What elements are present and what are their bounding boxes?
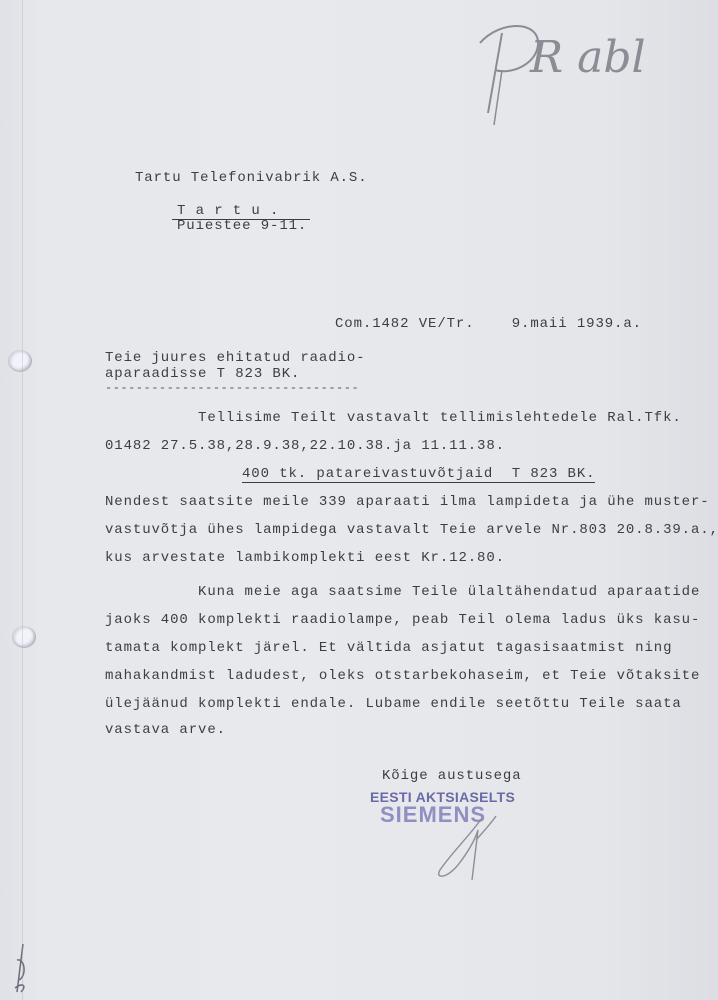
subject-line-2: aparaadisse T 823 BK. [105,366,300,382]
recipient-company: Tartu Telefonivabrik A.S. [135,170,368,186]
document-page: R abl Tartu Telefonivabrik A.S. T a r t … [0,0,718,1000]
subject-rule: --------------------------------- [105,381,359,395]
handwritten-note: R abl [530,32,646,83]
reference-date-line: Com.1482 VE/Tr. 9.maii 1939.a. [335,316,642,332]
body-line: vastuvõtja ühes lampidega vastavalt Teie… [105,522,718,538]
body-line: Tellisime Teilt vastavalt tellimislehted… [105,410,682,426]
body-line: tamata komplekt järel. Et vältida asjatu… [105,640,672,656]
body-line: mahakandmist ladudest, oleks otstarbekoh… [105,668,700,684]
subject-line-1: Teie juures ehitatud raadio- [105,350,365,366]
recipient-city: T a r t u . [177,203,279,219]
body-line: Nendest saatsite meile 339 aparaati ilma… [105,494,710,510]
signature-icon [430,810,510,885]
body-line: ülejäänud komplekti endale. Lubame endil… [105,696,682,712]
body-line-order-quantity: 400 tk. patareivastuvõtjaid T 823 BK. [242,466,595,483]
body-line: jaoks 400 komplekti raadiolampe, peab Te… [105,612,700,628]
closing-salutation: Kõige austusega [382,768,522,784]
punch-hole [8,350,32,372]
body-line: Kuna meie aga saatsime Teile ülaltähenda… [105,584,700,600]
body-line: kus arvestate lambikomplekti eest Kr.12.… [105,550,505,566]
body-line: 01482 27.5.38,28.9.38,22.10.38.ja 11.11.… [105,438,505,454]
body-line: vastava arve. [105,722,226,738]
pencil-mark-icon [5,940,45,998]
recipient-street: Puiestee 9-11. [177,218,307,234]
punch-hole [12,626,36,648]
